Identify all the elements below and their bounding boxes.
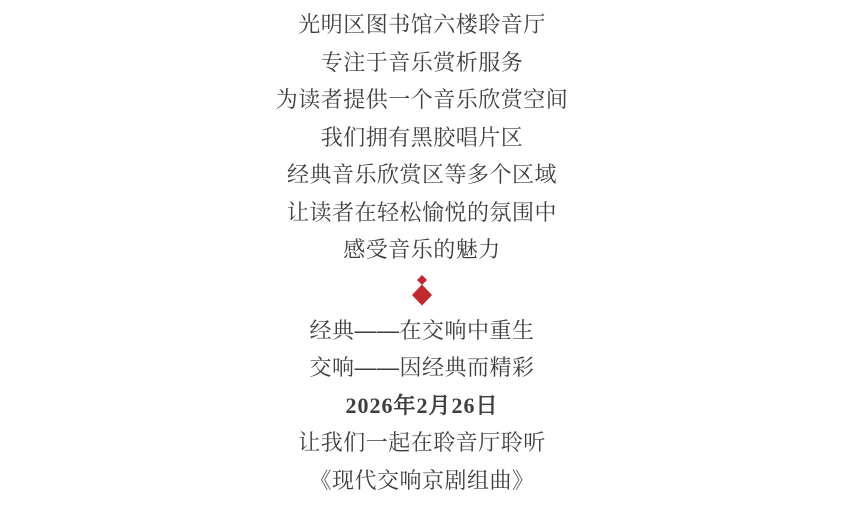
invite-line: 让我们一起在聆音厅聆听 — [0, 424, 844, 462]
intro-line-1: 光明区图书馆六楼聆音厅 — [0, 6, 844, 44]
intro-line-2: 专注于音乐赏析服务 — [0, 44, 844, 82]
article-body: 光明区图书馆六楼聆音厅 专注于音乐赏析服务 为读者提供一个音乐欣赏空间 我们拥有… — [0, 0, 844, 499]
article-page: 光明区图书馆六楼聆音厅 专注于音乐赏析服务 为读者提供一个音乐欣赏空间 我们拥有… — [0, 0, 844, 519]
intro-line-3: 为读者提供一个音乐欣赏空间 — [0, 81, 844, 119]
intro-line-4: 我们拥有黑胶唱片区 — [0, 119, 844, 157]
slogan-line-2: 交响——因经典而精彩 — [0, 349, 844, 387]
section-divider — [0, 269, 844, 312]
slogan-line-1: 经典——在交响中重生 — [0, 312, 844, 350]
event-date: 2026年2月26日 — [0, 387, 844, 425]
intro-line-5: 经典音乐欣赏区等多个区域 — [0, 156, 844, 194]
program-title: 《现代交响京剧组曲》 — [0, 462, 844, 500]
red-double-diamond-icon — [411, 275, 433, 306]
intro-line-6: 让读者在轻松愉悦的氛围中 — [0, 194, 844, 232]
intro-line-7: 感受音乐的魅力 — [0, 231, 844, 269]
